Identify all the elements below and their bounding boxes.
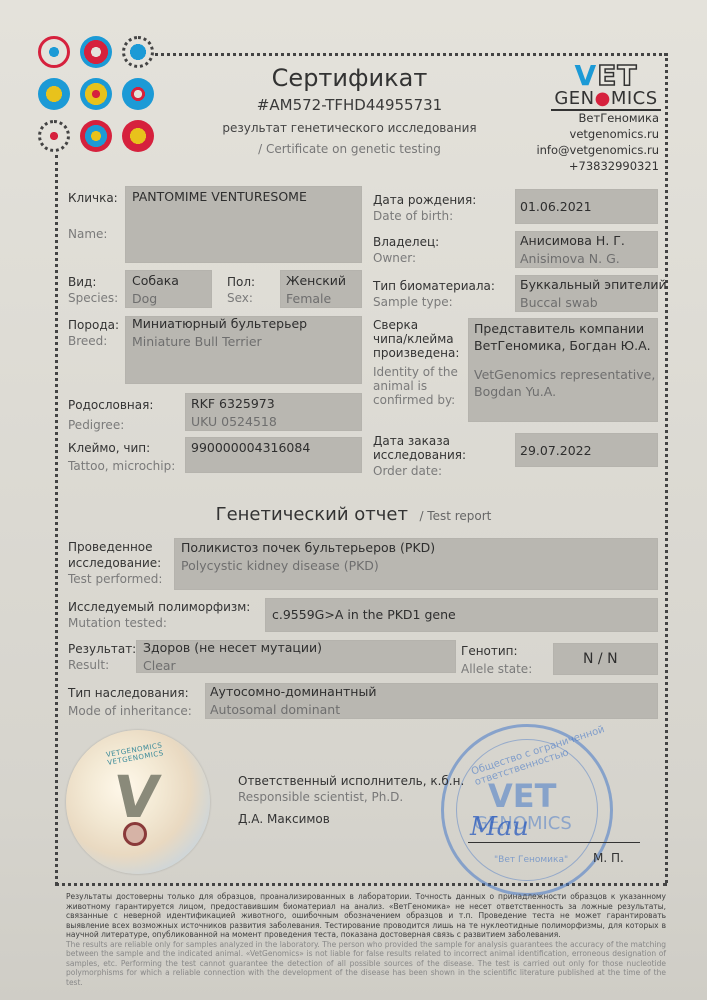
- hologram-text: VETGENOMICS VETGENOMICS: [105, 733, 210, 767]
- name-label: Кличка: Name:: [68, 190, 118, 242]
- order-date-label: Дата заказа исследования: Order date:: [373, 434, 466, 478]
- sex-value: ЖенскийFemale: [286, 272, 346, 308]
- tattoo-value: 990000004316084: [191, 439, 310, 457]
- order-date-value: 29.07.2022: [520, 442, 592, 460]
- disclaimer: Результаты достоверны только для образцо…: [66, 892, 666, 987]
- test-label: Проведенное исследование: Test performed…: [68, 539, 162, 587]
- breed-value: Миниатюрный бультерьерMiniature Bull Ter…: [132, 315, 307, 351]
- dotted-border-top: [132, 53, 667, 56]
- company-contact: ВетГеномика vetgenomics.ru info@vetgenom…: [536, 110, 659, 174]
- result-value: Здоров (не несет мутации)Clear: [143, 639, 322, 675]
- sample-value: Буккальный эпителийBuccal swab: [520, 276, 667, 312]
- hologram-ring-icon: [123, 822, 147, 846]
- species-value: СобакаDog: [132, 272, 179, 308]
- logo-genomics-text: GEN●MICS: [551, 89, 661, 111]
- company-website: vetgenomics.ru: [536, 126, 659, 142]
- genotype-label: Генотип:Allele state:: [461, 643, 532, 677]
- tattoo-label: Клеймо, чип:Tattoo, microchip:: [68, 440, 175, 474]
- report-title: Генетический отчет / Test report: [0, 504, 707, 525]
- disclaimer-ru: Результаты достоверны только для образцо…: [66, 892, 666, 939]
- handwritten-signature: Mau: [470, 812, 529, 842]
- sex-label: Пол:Sex:: [227, 274, 255, 306]
- company-phone: +73832990321: [536, 158, 659, 174]
- pedigree-value: RKF 6325973UKU 0524518: [191, 395, 277, 431]
- company-name-ru: ВетГеномика: [536, 110, 659, 126]
- owner-value: Анисимова Н. Г.Anisimova N. G.: [520, 232, 625, 268]
- hologram-v-icon: V: [110, 768, 163, 826]
- owner-label: Владелец:Owner:: [373, 234, 439, 266]
- mutation-value: c.9559G>A in the PKD1 gene: [272, 606, 456, 624]
- dob-value: 01.06.2021: [520, 198, 592, 216]
- stamp-mark: М. П.: [593, 851, 624, 865]
- responsible-scientist-label: Ответственный исполнитель, к.б.н.Respons…: [238, 773, 464, 805]
- dotted-border-bottom: [55, 883, 667, 886]
- sample-label: Тип биоматериала:Sample type:: [373, 278, 495, 310]
- breed-label: Порода:Breed:: [68, 317, 119, 349]
- company-email: info@vetgenomics.ru: [536, 142, 659, 158]
- identity-label: Сверка чипа/клейма произведена: Identity…: [373, 318, 459, 407]
- stamp-vet-text: VET: [488, 777, 556, 815]
- inheritance-label: Тип наследования:Mode of inheritance:: [68, 685, 192, 719]
- logo-vet-text: VET: [551, 63, 661, 89]
- inheritance-value: Аутосомно-доминантныйAutosomal dominant: [210, 683, 376, 719]
- vetgenomics-logo: VET GEN●MICS: [551, 63, 661, 111]
- signature-line: [468, 842, 640, 843]
- disclaimer-en: The results are reliable only for sample…: [66, 940, 666, 988]
- mutation-label: Исследуемый полиморфизм:Mutation tested:: [68, 599, 250, 631]
- result-label: Результат:Result:: [68, 641, 136, 673]
- dotted-border-right: [665, 53, 668, 883]
- dob-label: Дата рождения:Date of birth:: [373, 192, 476, 224]
- species-label: Вид:Species:: [68, 274, 118, 306]
- scientist-name: Д.А. Максимов: [238, 812, 330, 826]
- identity-value: Представитель компании ВетГеномика, Богд…: [474, 320, 655, 400]
- hologram-seal-icon: VETGENOMICS VETGENOMICS V: [66, 730, 210, 874]
- name-value: PANTOMIME VENTURESOME: [132, 188, 307, 206]
- company-stamp: Общество с ограниченной ответственностью…: [441, 724, 613, 896]
- test-value: Поликистоз почек бультерьеров (PKD)Polyc…: [181, 539, 435, 575]
- stamp-bottom-text: "Вет Геномика": [494, 855, 568, 865]
- certificate-page: Сертификат #AM572-TFHD44955731 результат…: [0, 0, 707, 1000]
- pedigree-label: Родословная:Pedigree:: [68, 397, 153, 433]
- genotype-value: N / N: [583, 650, 618, 668]
